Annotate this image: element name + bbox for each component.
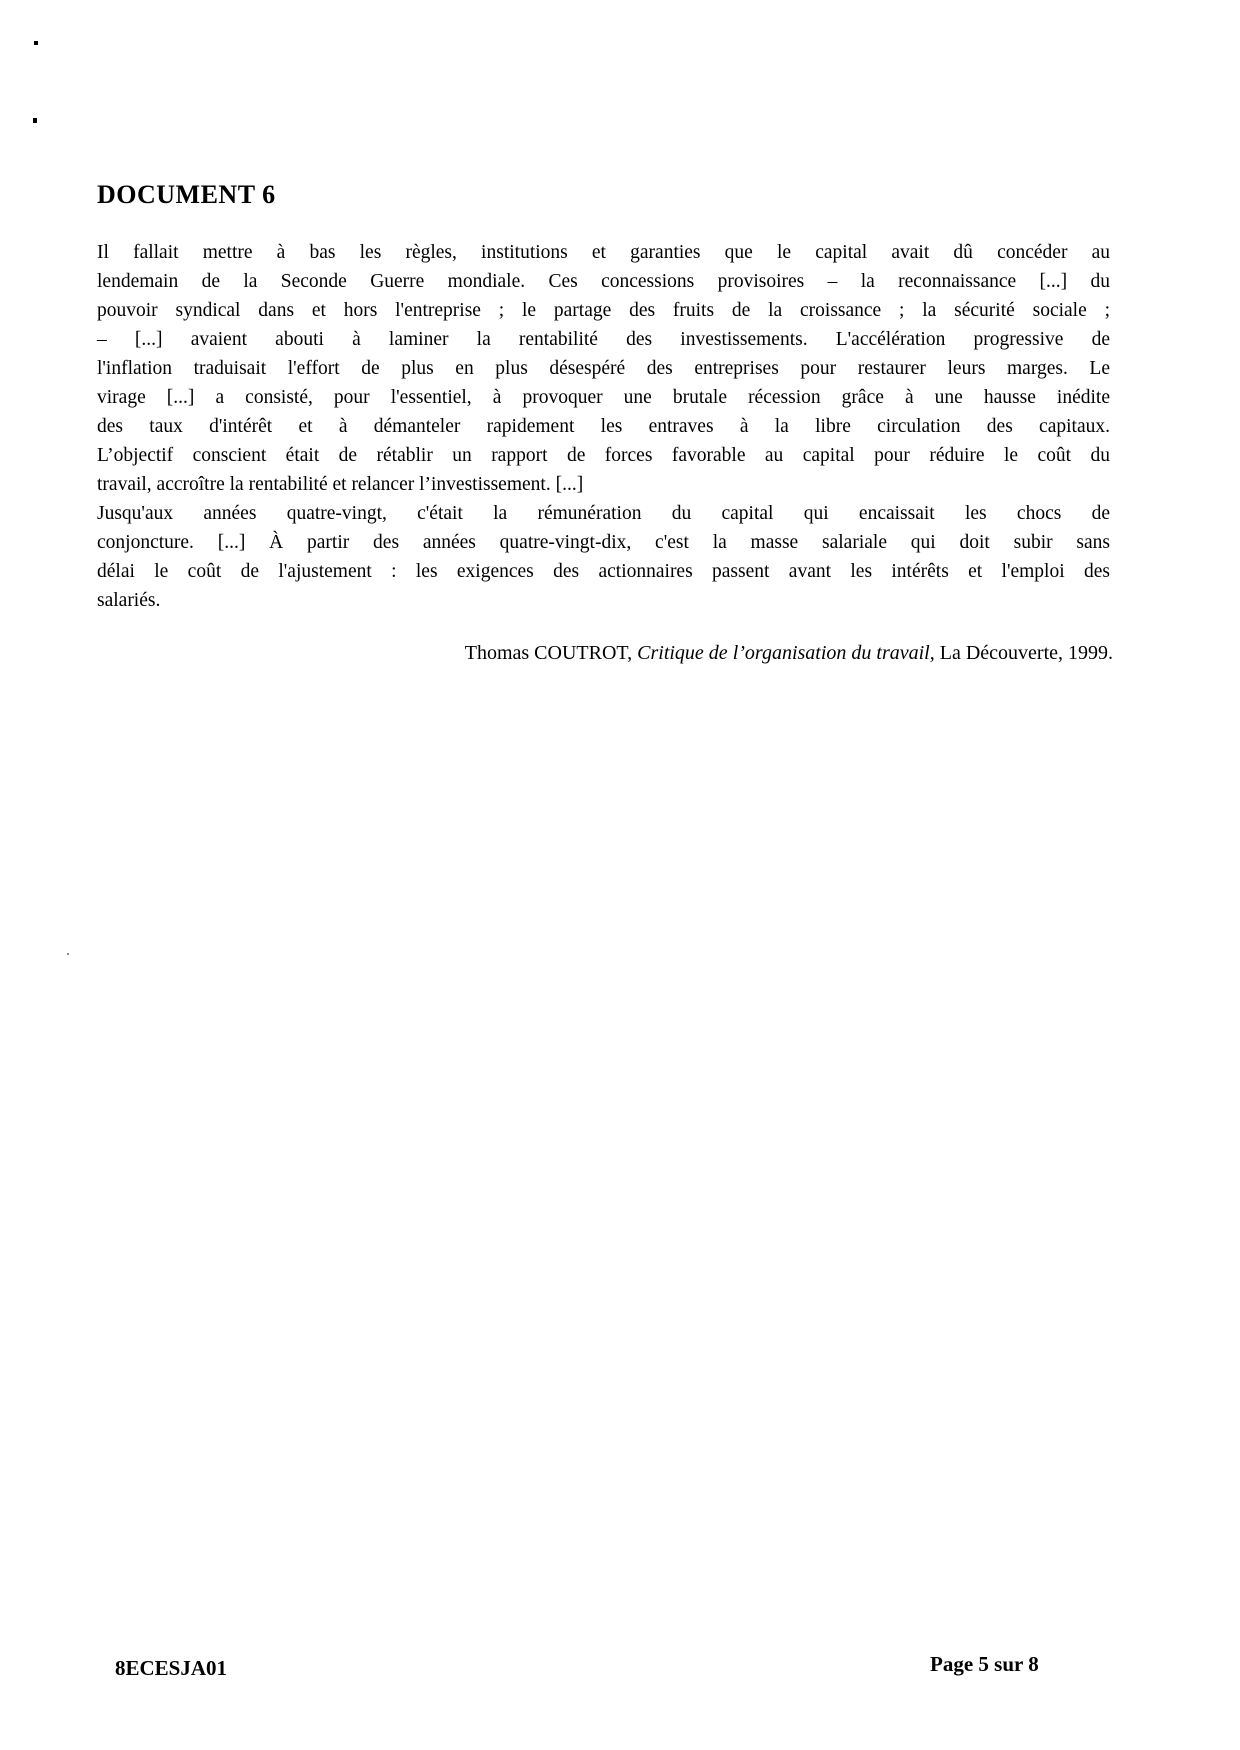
body-text-line: salariés.	[97, 586, 1110, 615]
body-text-line: Il fallait mettre à bas les règles, inst…	[97, 238, 1110, 267]
body-text-line: pouvoir syndical dans et hors l'entrepri…	[97, 296, 1110, 325]
scanned-document-page: DOCUMENT 6 Il fallait mettre à bas les r…	[0, 0, 1240, 1750]
citation-publisher-year: La Découverte, 1999.	[935, 642, 1113, 664]
footer-page-number: Page 5 sur 8	[930, 1652, 1039, 1677]
scan-artifact-speck	[67, 953, 69, 955]
body-text-line: l'inflation traduisait l'effort de plus …	[97, 354, 1110, 383]
scan-artifact-speck	[33, 118, 37, 123]
body-text-line: travail, accroître la rentabilité et rel…	[97, 470, 1110, 499]
footer-document-code: 8ECESJA01	[115, 1656, 227, 1681]
body-text-line: – [...] avaient abouti à laminer la rent…	[97, 325, 1110, 354]
body-text-line: conjoncture. [...] À partir des années q…	[97, 528, 1110, 557]
scan-artifact-speck	[34, 41, 38, 45]
body-text-line: des taux d'intérêt et à démanteler rapid…	[97, 412, 1110, 441]
document-body-text: Il fallait mettre à bas les règles, inst…	[97, 238, 1110, 615]
citation-author: Thomas COUTROT,	[465, 642, 637, 664]
body-text-line: lendemain de la Seconde Guerre mondiale.…	[97, 267, 1110, 296]
document-title: DOCUMENT 6	[97, 180, 276, 210]
citation-work-title: Critique de l’organisation du travail,	[637, 642, 935, 664]
body-text-line: L’objectif conscient était de rétablir u…	[97, 441, 1110, 470]
body-text-line: virage [...] a consisté, pour l'essentie…	[97, 383, 1110, 412]
body-text-line: Jusqu'aux années quatre-vingt, c'était l…	[97, 499, 1110, 528]
body-text-line: délai le coût de l'ajustement : les exig…	[97, 557, 1110, 586]
source-citation: Thomas COUTROT, Critique de l’organisati…	[97, 639, 1113, 668]
